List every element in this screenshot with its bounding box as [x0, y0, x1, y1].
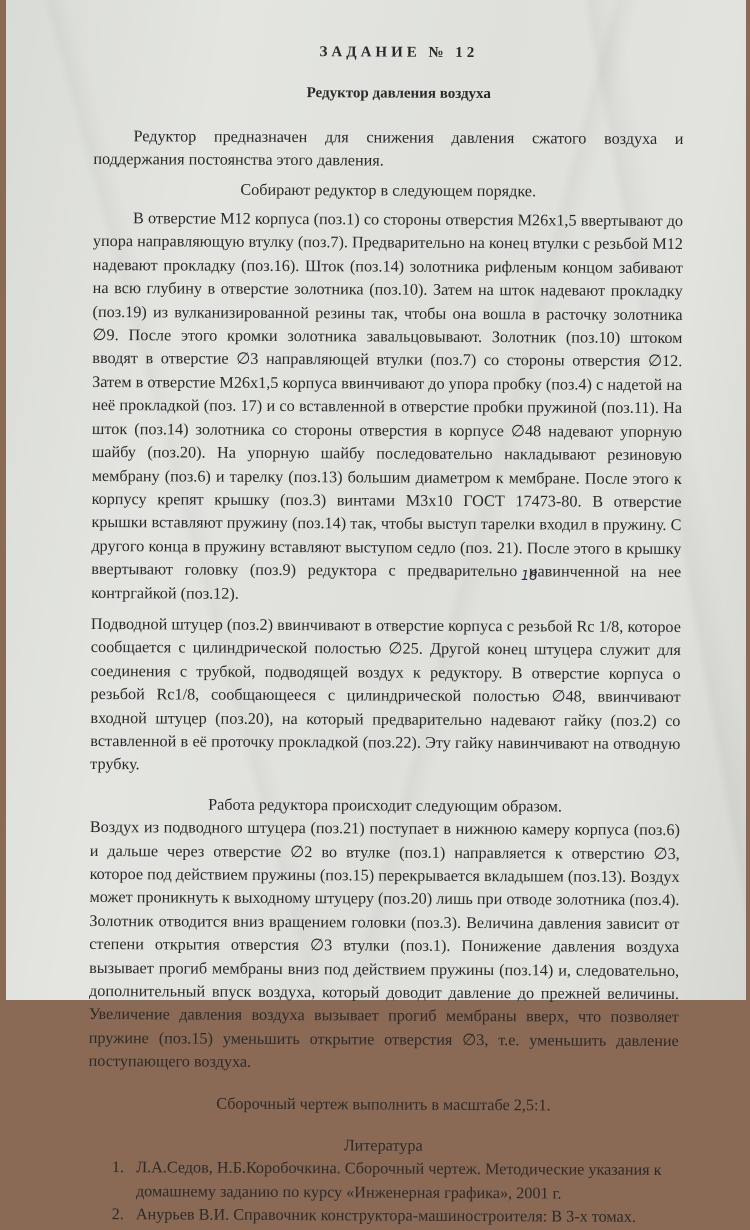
- operation-paragraph: Воздух из подводного штуцера (поз.21) по…: [89, 816, 680, 1000]
- intro-paragraph: Редуктор предназначен для снижения давле…: [93, 125, 683, 175]
- assembly-heading: Собирают редуктор в следующем порядке.: [93, 178, 683, 204]
- document-subtitle: Редуктор давления воздуха: [114, 82, 684, 108]
- document-body: ЗАДАНИЕ № 12 Редуктор давления воздуха Р…: [88, 40, 684, 1000]
- paper-sheet: ЗАДАНИЕ № 12 Редуктор давления воздуха Р…: [6, 0, 746, 1000]
- assembly-paragraph-1: В отверстие М12 корпуса (поз.1) со сторо…: [91, 207, 683, 608]
- handwritten-note: 18: [521, 569, 538, 584]
- document-title: ЗАДАНИЕ № 12: [114, 40, 684, 66]
- operation-heading: Работа редуктора происходит следующим об…: [90, 793, 680, 819]
- assembly-paragraph-2: Подводной штуцер (поз.2) ввинчивают в от…: [90, 613, 681, 780]
